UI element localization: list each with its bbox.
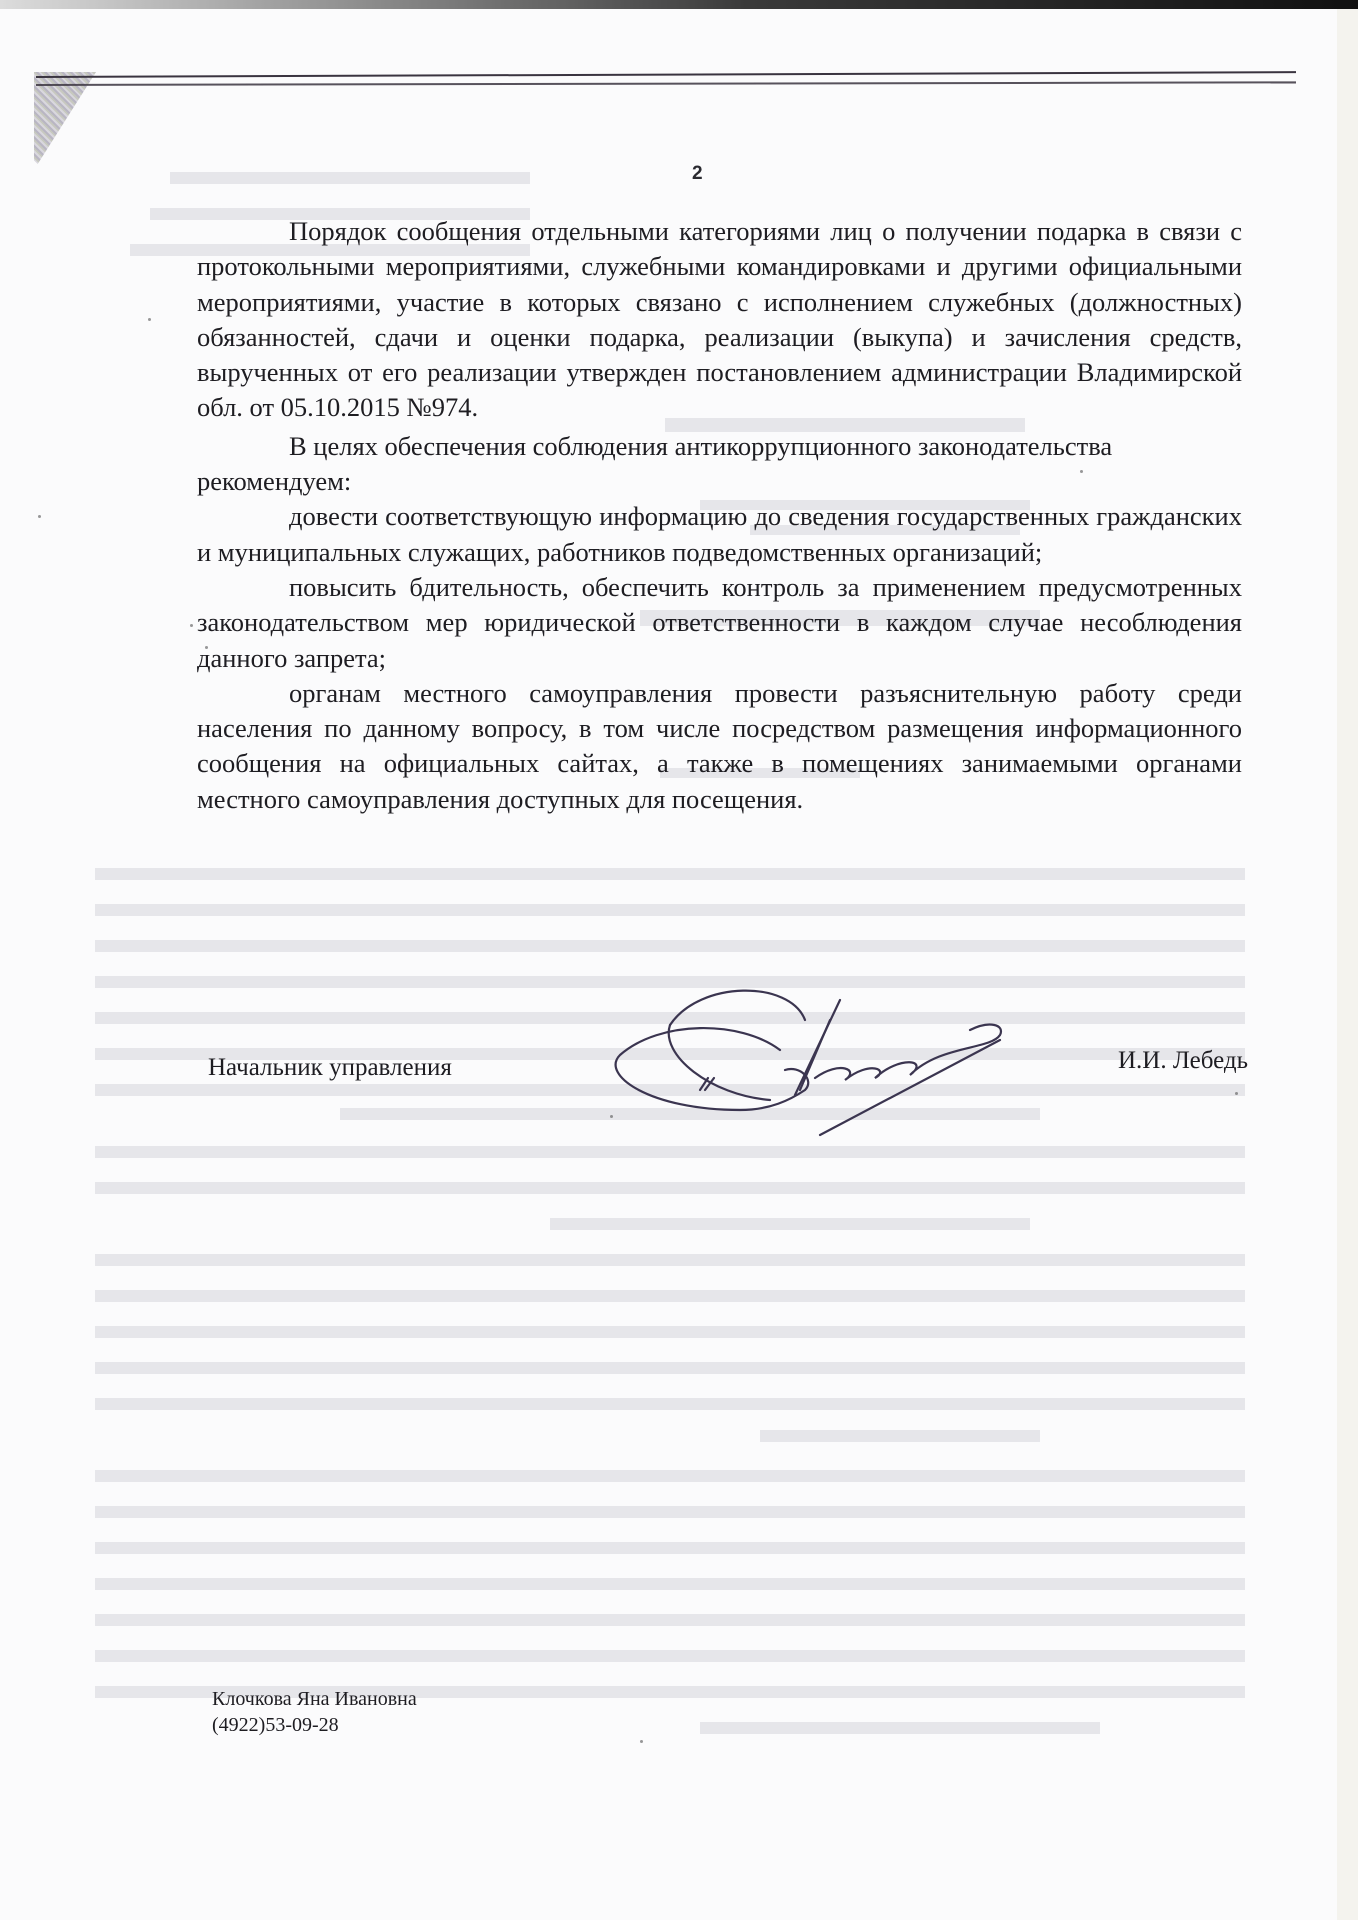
executor-info: Клочкова Яна Ивановна (4922)53-09-28 <box>212 1686 417 1738</box>
recommendation-vigilance: повысить бдительность, обеспечить контро… <box>197 570 1242 676</box>
scan-edge <box>0 0 1358 9</box>
paragraph-procedure-reference: Порядок сообщения отдельными категориями… <box>197 214 1242 426</box>
page-number: 2 <box>692 163 703 185</box>
recommendation-inform-staff: довести соответствующую информацию до св… <box>197 499 1242 570</box>
letter-body: Порядок сообщения отдельными категориями… <box>197 214 1242 817</box>
scan-margin <box>1337 9 1358 1920</box>
executor-phone: (4922)53-09-28 <box>212 1712 417 1738</box>
paragraph-recommend: рекомендуем: <box>197 464 1242 499</box>
executor-name: Клочкова Яна Ивановна <box>212 1686 417 1712</box>
signer-position: Начальник управления <box>208 1054 452 1082</box>
signature-block: Начальник управления И.И. Лебедь <box>208 1054 1248 1094</box>
paragraph-purpose: В целях обеспечения соблюдения антикорру… <box>197 429 1242 464</box>
recommendation-local-outreach: органам местного самоуправления провести… <box>197 676 1242 817</box>
signer-name: И.И. Лебедь <box>1118 1047 1248 1075</box>
